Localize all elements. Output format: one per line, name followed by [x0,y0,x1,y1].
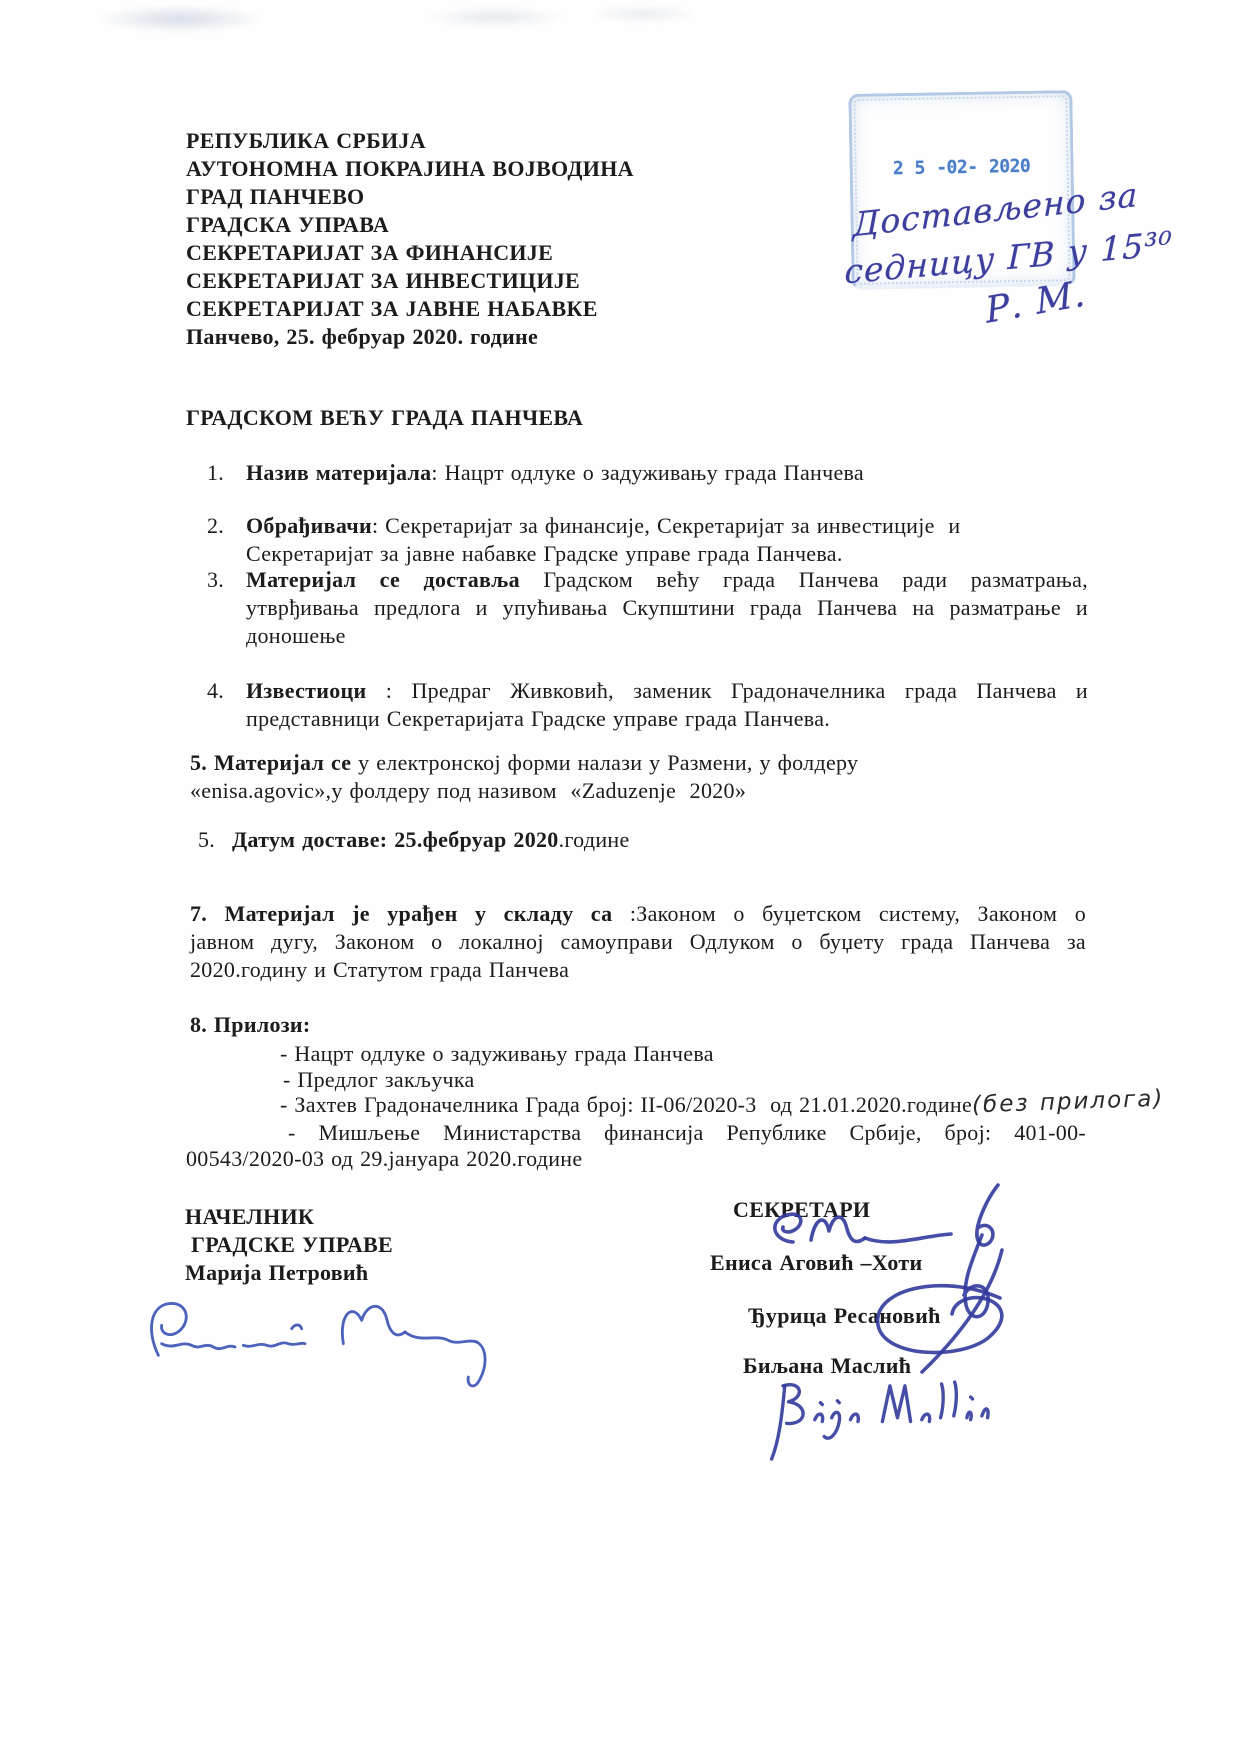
item-2-label: Обрађивачи [246,513,372,538]
attachment-4-line-2: 00543/2020-03 од 29.јануара 2020.године [186,1145,582,1173]
paragraph-5-text: у електронској форми налази у Размени, у… [351,750,858,775]
item-3-line-2: утврђивања предлога и упућивања Скупштин… [246,594,1088,622]
signatory-right-name-2: Ђурица Ресановић [748,1302,941,1330]
signatory-left-title-1: НАЧЕЛНИК [185,1203,314,1231]
item-3-line-1: Материјал се доставља Градском већу град… [246,566,1088,594]
signature-flourish [870,1180,1010,1375]
paragraph-8-label: 8. Прилози: [190,1012,311,1037]
handwritten-annotation: (без прилога) [972,1085,1165,1120]
paragraph-8-heading: 8. Прилози: [190,1011,311,1039]
item-3-text: Градском већу града Панчева ради разматр… [520,567,1088,592]
paragraph-5-label: 5. Материјал се [190,750,351,775]
signatory-right-name-1: Ениса Аговић –Хоти [710,1249,922,1277]
item-2-text: : Секретаријат за финансије, Секретарија… [372,513,960,538]
item-1-number: 1. [207,459,224,487]
item-4-line-2: представници Секретаријата Градске управ… [246,705,830,733]
item-5-label: Датум доставе: 25.фебруар 2020 [232,827,559,852]
item-3-number: 3. [207,566,224,594]
item-2-line-2: Секретаријат за јавне набавке Градске уп… [246,540,843,568]
letterhead-line: СЕКРЕТАРИЈАТ ЗА ФИНАНСИЈЕ [186,239,553,267]
signatory-left-name: Марија Петровић [185,1259,368,1287]
item-4-text: : Предраг Живковић, заменик Градоначелни… [366,678,1088,703]
signatory-right-name-3: Биљана Маслић [743,1352,911,1380]
item-4-number: 4. [207,677,224,705]
letterhead-line: ГРАДСКА УПРАВА [186,211,389,239]
attachment-4-line-1: - Мишљење Министарства финансија Републи… [288,1119,1086,1147]
attachment-2: - Предлог закључка [283,1066,475,1094]
paragraph-7-text: :Законом о буџетском систему, Законом о [612,901,1086,926]
attachment-3-text: - Захтев Градоначелника Града број: II-0… [280,1092,972,1117]
stamp-date: 2 5 -02- 2020 [852,155,1070,180]
item-5-number: 5. [198,826,215,854]
letterhead-line: ГРАД ПАНЧЕВО [186,183,364,211]
item-4-label: Известиоци [246,678,366,703]
item-1: Назив материјала: Нацрт одлуке о задужив… [246,459,864,487]
letterhead-line: СЕКРЕТАРИЈАТ ЗА ЈАВНЕ НАБАВКЕ [186,295,598,323]
paragraph-5-line-2: «enisa.agovic»,у фолдеру под називом «Za… [190,777,746,805]
recipient-title: ГРАДСКОМ ВЕЋУ ГРАДА ПАНЧЕВА [186,404,583,432]
item-2-number: 2. [207,512,224,540]
document-page: РЕПУБЛИКА СРБИЈА АУТОНОМНА ПОКРАЈИНА ВОЈ… [0,0,1240,1752]
signature-biljana-maslic [766,1374,996,1469]
item-1-text: : Нацрт одлуке о задуживању града Панчев… [431,460,864,485]
letterhead-line: СЕКРЕТАРИЈАТ ЗА ИНВЕСТИЦИЈЕ [186,267,580,295]
letterhead-line: АУТОНОМНА ПОКРАЈИНА ВОЈВОДИНА [186,155,634,183]
paragraph-7-line-3: 2020.годину и Статутом града Панчева [190,956,569,984]
signature-marija-petrovic [145,1290,495,1394]
scan-smudge [588,4,698,24]
attachment-1: - Нацрт одлуке о задуживању града Панчев… [280,1040,714,1068]
paragraph-7-line-1: 7. Материјал је урађен у складу са :Зако… [190,900,1086,928]
item-1-label: Назив материјала [246,460,431,485]
letterhead-date-line: Панчево, 25. фебруар 2020. године [186,323,538,351]
item-2-line-1: Обрађивачи: Секретаријат за финансије, С… [246,512,960,540]
scan-smudge [95,5,265,33]
item-5-delivery-date: Датум доставе: 25.фебруар 2020.године [232,826,630,854]
signatory-right-title: СЕКРЕТАРИ [733,1196,870,1224]
attachment-3: - Захтев Градоначелника Града број: II-0… [280,1091,1164,1119]
scan-smudge [425,6,565,28]
letterhead-line: РЕПУБЛИКА СРБИЈА [186,127,426,155]
item-3-line-3: доношење [246,622,346,650]
item-5-text: .године [559,827,630,852]
paragraph-7-line-2: јавном дугу, Законом о локалној самоупра… [190,928,1086,956]
item-3-label: Материјал се доставља [246,567,520,592]
item-4-line-1: Известиоци : Предраг Живковић, заменик Г… [246,677,1088,705]
paragraph-5-line-1: 5. Материјал се у електронској форми нал… [190,749,858,777]
signatory-left-title-2: ГРАДСКЕ УПРАВЕ [191,1231,393,1259]
paragraph-7-label: 7. Материјал је урађен у складу са [190,901,612,926]
